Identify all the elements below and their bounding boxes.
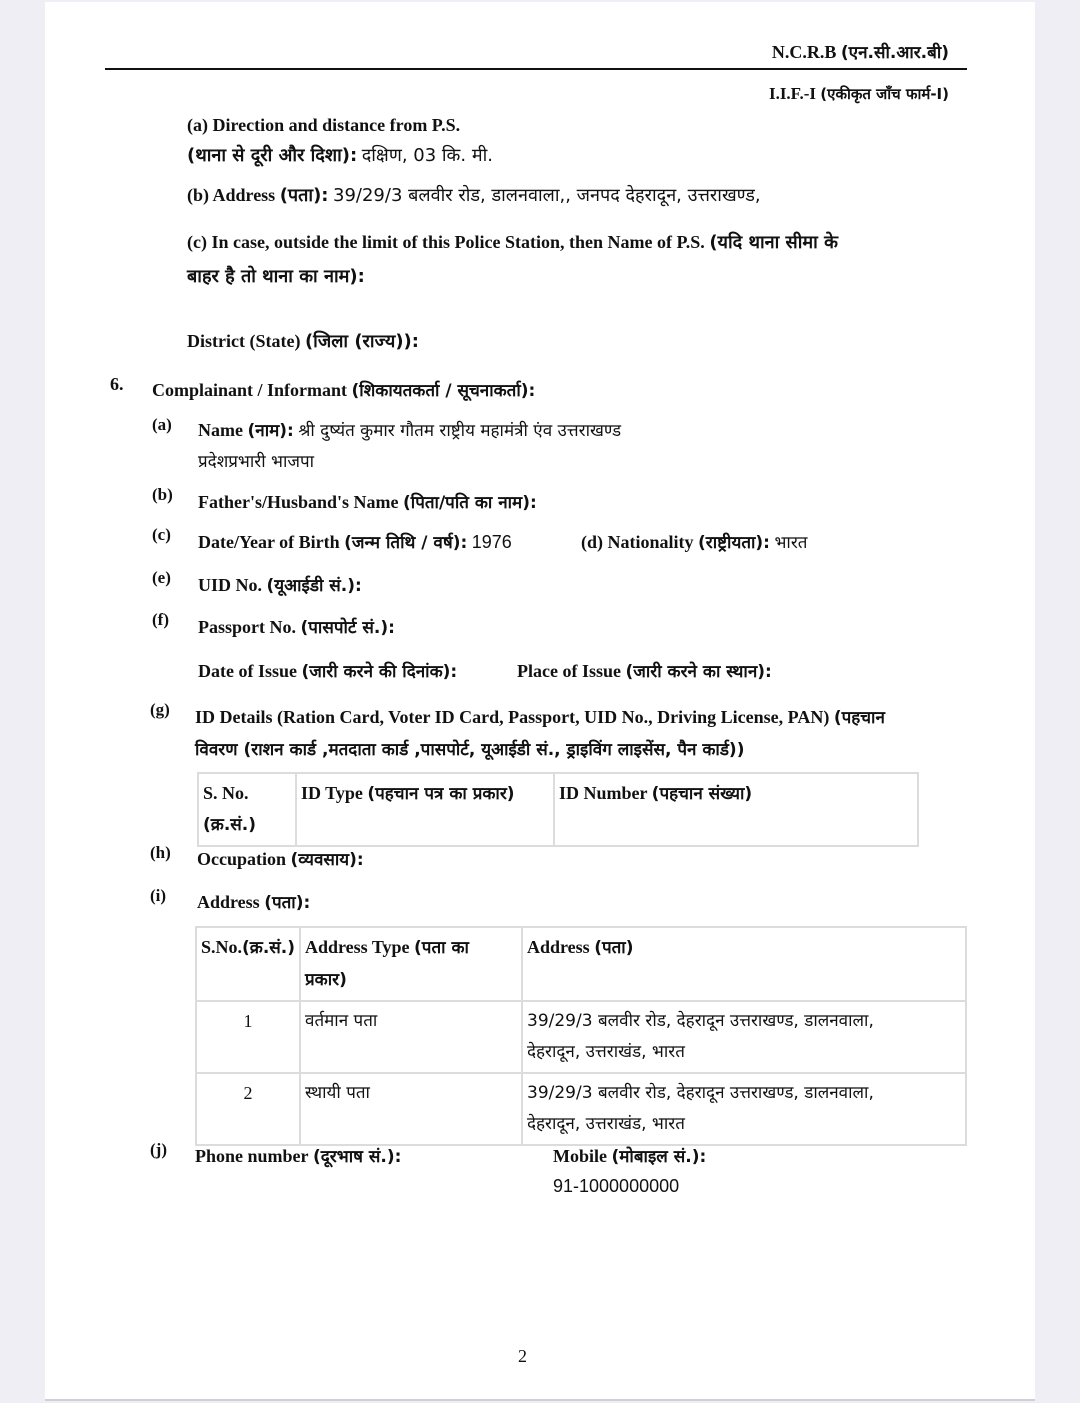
address-row: Address (पता): (197, 890, 310, 913)
passport-issue-date-row: Date of Issue (जारी करने की दिनांक): (198, 659, 457, 682)
header-org-en: N.C.R.B (772, 42, 837, 62)
passport-issue-date-label: Date of Issue (198, 661, 297, 681)
address-table-header-type-hi: (पता का (414, 938, 469, 958)
occupation-label-hi: (व्यवसाय): (291, 850, 364, 870)
direction-distance-row: (थाना से दूरी और दिशा): दक्षिण, 03 कि. म… (187, 143, 493, 167)
direction-distance-label: (a) Direction and distance from P.S. (187, 115, 460, 136)
header-divider (105, 68, 967, 70)
marker-c: (c) (152, 525, 171, 545)
address-label: Address (197, 892, 260, 912)
passport-issue-date-label-hi: (जारी करने की दिनांक): (302, 662, 458, 682)
header-form: I.I.F.-I (एकीकृत जाँच फार्म-I) (769, 84, 949, 104)
name-value: श्री दुष्यंत कुमार गौतम राष्ट्रीय महामंत… (298, 421, 621, 441)
outside-ps-label: (c) In case, outside the limit of this P… (187, 232, 705, 252)
address-row-address-line2: देहरादून, उत्तराखंड, भारत (527, 1114, 685, 1134)
header-form-hi: (एकीकृत जाँच फार्म-I) (820, 85, 949, 103)
nationality-value: भारत (774, 533, 807, 553)
passport-label-hi: (पासपोर्ट सं.): (301, 618, 395, 638)
father-name-label: Father's/Husband's Name (198, 492, 399, 512)
occupation-label: Occupation (197, 849, 286, 869)
address-table-row: 2 स्थायी पता 39/29/3 बलवीर रोड, देहरादून… (196, 1073, 966, 1145)
passport-issue-place-label-hi: (जारी करने का स्थान): (625, 662, 771, 682)
address-row-address: 39/29/3 बलवीर रोड, देहरादून उत्तराखण्ड, … (522, 1073, 966, 1145)
address-row-address-line1: 39/29/3 बलवीर रोड, देहरादून उत्तराखण्ड, … (527, 1083, 874, 1103)
passport-label: Passport No. (198, 617, 296, 637)
address-row-address-line2: देहरादून, उत्तराखंड, भारत (527, 1042, 685, 1062)
address-table-header-sno-hi: (क्र.सं.) (242, 938, 295, 958)
marker-g: (g) (150, 700, 170, 720)
mobile-value: 91-1000000000 (553, 1176, 679, 1197)
uid-row: UID No. (यूआईडी सं.): (198, 573, 362, 596)
section-title: Complainant / Informant (शिकायतकर्ता / स… (152, 378, 535, 401)
father-name-label-hi: (पिता/पति का नाम): (403, 493, 537, 513)
dob-label-hi: (जन्म तिथि / वर्ष): (344, 533, 467, 553)
header-form-en: I.I.F.-I (769, 84, 816, 103)
address-label-hi: (पता): (264, 893, 310, 913)
id-table-header-number-en: ID Number (559, 783, 647, 803)
address-row-address: 39/29/3 बलवीर रोड, देहरादून उत्तराखण्ड, … (522, 1001, 966, 1073)
id-details-label-hi-cont: विवरण (राशन कार्ड ,मतदाता कार्ड ,पासपोर्… (195, 737, 744, 760)
id-details-header-row: S. No. (क्र.सं.) ID Type (पहचान पत्र का … (198, 773, 918, 846)
id-table-header-sno-hi: (क्र.सं.) (203, 815, 256, 835)
nationality-row: (d) Nationality (राष्ट्रीयता): भारत (581, 530, 807, 553)
id-table-header-sno-en: S. No. (203, 783, 249, 803)
address-table-header-sno: S.No.(क्र.सं.) (196, 927, 300, 1001)
id-details-table: S. No. (क्र.सं.) ID Type (पहचान पत्र का … (197, 772, 919, 847)
mobile-row: Mobile (मोबाइल सं.): (553, 1144, 706, 1167)
document-page: N.C.R.B (एन.सी.आर.बी) I.I.F.-I (एकीकृत ज… (45, 2, 1035, 1401)
mobile-label: Mobile (553, 1146, 607, 1166)
phone-row: Phone number (दूरभाष सं.): (195, 1144, 401, 1167)
passport-issue-place-row: Place of Issue (जारी करने का स्थान): (517, 659, 772, 682)
outside-ps-label-hi: (यदि थाना सीमा के (709, 232, 838, 253)
uid-label-hi: (यूआईडी सं.): (267, 576, 362, 596)
address-table-header-address-hi: (पता) (594, 938, 633, 958)
id-table-header-number-hi: (पहचान संख्या) (652, 784, 752, 804)
address-table-header-sno-en: S.No. (201, 937, 242, 957)
place-address-value: 39/29/3 बलवीर रोड, डालनवाला,, जनपद देहरा… (333, 185, 761, 206)
occupation-row: Occupation (व्यवसाय): (197, 847, 364, 870)
outside-ps-row: (c) In case, outside the limit of this P… (187, 230, 838, 254)
father-name-row: Father's/Husband's Name (पिता/पति का नाम… (198, 490, 537, 513)
phone-label-hi: (दूरभाष सं.): (313, 1147, 401, 1167)
place-address-label: (b) Address (187, 185, 275, 205)
passport-row: Passport No. (पासपोर्ट सं.): (198, 615, 395, 638)
id-table-header-type-en: ID Type (301, 783, 363, 803)
section-title-en: Complainant / Informant (152, 380, 347, 400)
header-org: N.C.R.B (एन.सी.आर.बी) (772, 40, 949, 63)
id-details-row: ID Details (Ration Card, Voter ID Card, … (195, 705, 885, 728)
marker-j: (j) (150, 1140, 167, 1160)
passport-issue-place-label: Place of Issue (517, 661, 621, 681)
marker-a: (a) (152, 415, 172, 435)
header-org-hi: (एन.सी.आर.बी) (841, 43, 949, 63)
marker-b: (b) (152, 485, 173, 505)
section-number: 6. (110, 374, 124, 395)
name-label-hi: (नाम): (247, 421, 293, 441)
id-table-header-type: ID Type (पहचान पत्र का प्रकार) (296, 773, 554, 846)
name-row: Name (नाम): श्री दुष्यंत कुमार गौतम राष्… (198, 418, 621, 441)
id-details-label: ID Details (Ration Card, Voter ID Card, … (195, 707, 829, 727)
dob-row: Date/Year of Birth (जन्म तिथि / वर्ष): 1… (198, 530, 512, 553)
name-label: Name (198, 420, 243, 440)
address-table-header-address: Address (पता) (522, 927, 966, 1001)
id-table-header-sno: S. No. (क्र.सं.) (198, 773, 296, 846)
id-table-header-type-hi: (पहचान पत्र का प्रकार) (367, 784, 514, 804)
nationality-label: (d) Nationality (581, 532, 694, 552)
id-table-header-number: ID Number (पहचान संख्या) (554, 773, 918, 846)
nationality-label-hi: (राष्ट्रीयता): (698, 533, 770, 553)
address-row-type: स्थायी पता (300, 1073, 522, 1145)
uid-label: UID No. (198, 575, 262, 595)
id-details-label-hi: (पहचान (834, 708, 885, 728)
address-table-header-type-hi-cont: प्रकार) (305, 970, 347, 990)
mobile-label-hi: (मोबाइल सं.): (612, 1147, 707, 1167)
marker-f: (f) (152, 610, 169, 630)
marker-e: (e) (152, 568, 171, 588)
name-value-cont: प्रदेशप्रभारी भाजपा (198, 449, 314, 472)
place-address-row: (b) Address (पता): 39/29/3 बलवीर रोड, डा… (187, 183, 761, 207)
marker-i: (i) (150, 886, 166, 906)
address-row-sno: 2 (196, 1073, 300, 1145)
address-table-header-type-en: Address Type (305, 937, 410, 957)
section-title-hi: (शिकायतकर्ता / सूचनाकर्ता): (352, 381, 536, 401)
dob-value: 1976 (472, 532, 512, 552)
district-row: District (State) (जिला (राज्य)): (187, 329, 419, 353)
outside-ps-label-hi-cont: बाहर है तो थाना का नाम): (187, 264, 365, 288)
address-table-row: 1 वर्तमान पता 39/29/3 बलवीर रोड, देहरादू… (196, 1001, 966, 1073)
phone-label: Phone number (195, 1146, 309, 1166)
address-table-header-address-en: Address (527, 937, 590, 957)
address-row-sno: 1 (196, 1001, 300, 1073)
address-header-row: S.No.(क्र.सं.) Address Type (पता का प्रक… (196, 927, 966, 1001)
district-label: District (State) (187, 331, 300, 351)
direction-distance-value: दक्षिण, 03 कि. मी. (362, 145, 493, 166)
page-number: 2 (518, 1346, 527, 1367)
marker-h: (h) (150, 843, 171, 863)
address-row-address-line1: 39/29/3 बलवीर रोड, देहरादून उत्तराखण्ड, … (527, 1011, 874, 1031)
address-table: S.No.(क्र.सं.) Address Type (पता का प्रक… (195, 926, 967, 1146)
dob-label: Date/Year of Birth (198, 532, 340, 552)
address-row-type: वर्तमान पता (300, 1001, 522, 1073)
place-address-label-hi: (पता): (280, 185, 329, 206)
direction-distance-label-hi: (थाना से दूरी और दिशा): (187, 145, 357, 166)
address-table-header-type: Address Type (पता का प्रकार) (300, 927, 522, 1001)
district-label-hi: (जिला (राज्य)): (305, 331, 419, 352)
